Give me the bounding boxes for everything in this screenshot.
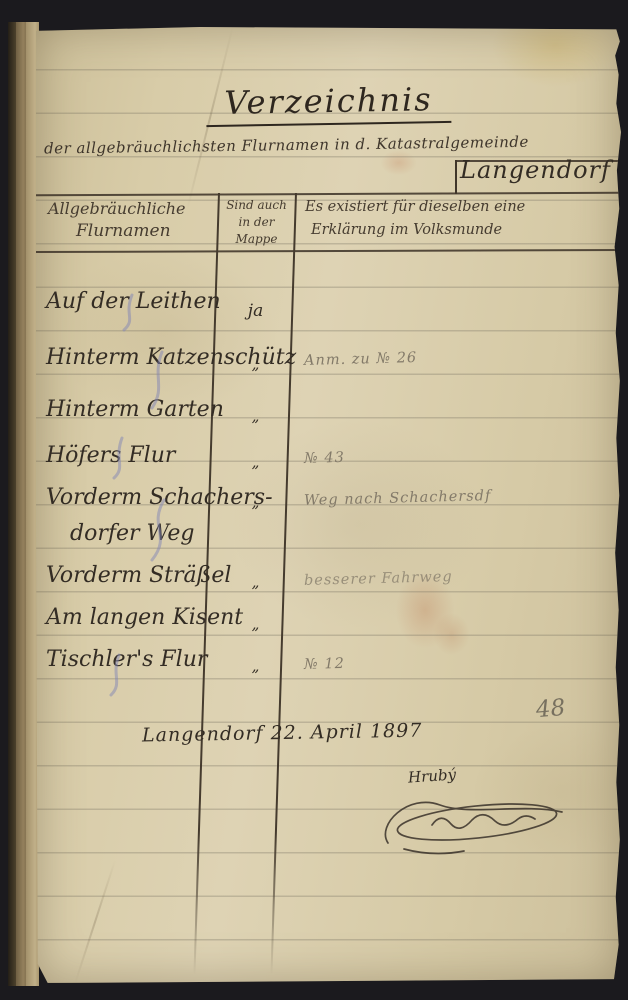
note-entry	[304, 607, 604, 615]
municipality-name: Langendorf	[460, 156, 611, 184]
page-title-text: Verzeichnis	[206, 80, 451, 127]
mappe-entry: „	[218, 657, 293, 675]
table-header-rule	[36, 249, 621, 253]
mappe-entry: „	[218, 615, 293, 633]
mappe-entry: „	[218, 493, 293, 511]
note-entry: Anm. zu № 26	[304, 345, 604, 369]
flurname-entry: Auf der Leithen	[46, 289, 221, 314]
note-entry: Weg nach Schachersdf	[304, 485, 604, 509]
column-header-mappe: in der	[220, 215, 293, 229]
column-header-mappe: Sind auch	[220, 198, 293, 212]
mappe-entry: „	[218, 453, 293, 471]
page-subtitle: der allgebräuchlichsten Flurnamen in d. …	[44, 132, 554, 157]
column-header-erklaerung: Es existiert für dieselben eine	[305, 199, 525, 215]
column-header-erklaerung: Erklärung im Volksmunde	[311, 222, 502, 238]
flurname-entry: Am langen Kisent	[46, 605, 243, 630]
note-entry	[304, 295, 604, 303]
mappe-entry: „	[218, 407, 293, 425]
column-header-flurnamen: Allgebräuchliche	[48, 199, 185, 218]
column-header-mappe: Mappe	[220, 232, 293, 246]
flurname-entry: Tischler's Flur	[46, 647, 207, 672]
paper-crease	[74, 860, 116, 984]
column-header-flurnamen: Flurnamen	[76, 221, 171, 241]
signature-name: Hrubý	[407, 765, 456, 786]
table-top-rule	[36, 192, 621, 197]
page-title: Verzeichnis	[36, 77, 622, 125]
municipality-box-rule	[455, 160, 457, 194]
archival-scan: { "document": { "title": "Verzeichnis", …	[0, 0, 628, 1000]
mappe-entry: „	[218, 355, 293, 373]
document-page: Verzeichnis der allgebräuchlichsten Flur…	[36, 27, 621, 983]
flurname-entry: Höfers Flur	[46, 443, 175, 468]
note-entry: № 43	[304, 443, 604, 467]
mappe-entry: „	[218, 573, 293, 591]
page-number: 48	[535, 695, 566, 723]
note-entry	[304, 399, 604, 407]
mappe-entry: ja	[218, 301, 293, 321]
flurname-entry: Hinterm Garten	[46, 397, 224, 422]
flurname-entry-line2: dorfer Weg	[70, 521, 194, 546]
note-entry: besserer Fahrweg	[304, 565, 604, 589]
date-place-line: Langendorf 22. April 1897	[142, 720, 423, 747]
signature-flourish	[374, 779, 589, 857]
flurname-entry: Vorderm Sträßel	[46, 563, 231, 588]
note-entry: № 12	[304, 649, 604, 673]
